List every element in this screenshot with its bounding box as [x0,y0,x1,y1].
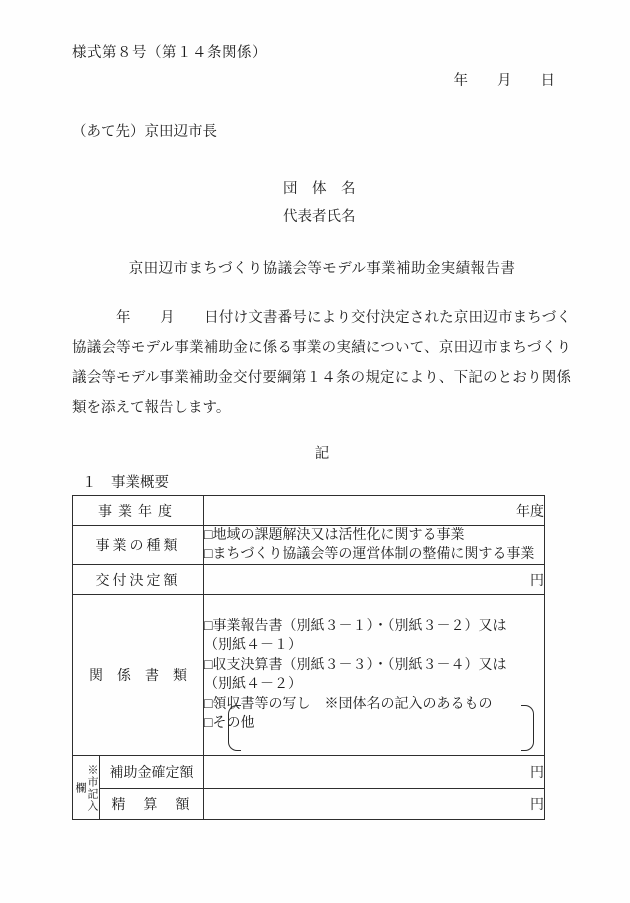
grant-decided-label: 交付決定額 [73,565,204,595]
table-row: 精 算 額 円 [73,789,545,820]
table-row: 交付決定額 円 [73,565,545,595]
settlement-amount-unit: 円 [204,789,545,820]
document-title: 京田辺市まちづくり協議会等モデル事業補助金実績報告書 [72,257,572,278]
section-heading: １ 事業概要 [82,471,169,492]
settlement-amount-label: 精 算 額 [100,789,204,820]
project-type-options: □地域の課題解決又は活性化に関する事業 □まちづくり協議会等の運営体制の整備に関… [204,526,545,565]
checkbox-option-local-issue: □地域の課題解決又は活性化に関する事業 [204,526,544,545]
right-bracket [521,705,534,751]
city-entry-label-sub: 欄 [74,782,86,794]
record-mark: 記 [72,442,572,463]
city-entry-label-main: ※市記入 [86,764,98,812]
representative-name-label: 代表者氏名 [283,205,356,226]
organization-name-label: 団 体 名 [283,177,356,198]
table-row: 事業の種類 □地域の課題解決又は活性化に関する事業 □まちづくり協議会等の運営体… [73,526,545,565]
grant-decided-unit: 円 [204,565,545,595]
confirmed-amount-label: 補助金確定額 [100,756,204,789]
checkbox-doc-report: □事業報告書（別紙３－１）・（別紙３－２）又は [204,617,544,637]
document-page: 様式第８号（第１４条関係） 年 月 日 （あて先）京田辺市長 団 体 名 代表者… [0,0,630,903]
related-documents-list: □事業報告書（別紙３－１）・（別紙３－２）又は （別紙４－１） □収支決算書（別… [204,595,545,756]
related-documents-label: 関 係 書 類 [73,595,204,756]
body-line: 議会等モデル事業補助金交付要綱第１４条の規定により、下記のとおり関係書 [72,363,571,393]
city-entry-column: 欄 ※市記入 [73,756,100,820]
fiscal-year-label: 事業年度 [73,496,204,526]
body-line: 年 月 日付け文書番号により交付決定された京田辺市まちづくり [72,303,571,333]
table-row: 欄 ※市記入 補助金確定額 円 [73,756,545,789]
table-row: 関 係 書 類 □事業報告書（別紙３－１）・（別紙３－２）又は （別紙４－１） … [73,595,545,756]
project-type-label: 事業の種類 [73,526,204,565]
checkbox-option-management: □まちづくり協議会等の運営体制の整備に関する事業 [204,545,544,564]
left-bracket [228,705,241,751]
fiscal-year-value: 年度 [204,496,545,526]
body-line: 協議会等モデル事業補助金に係る事業の実績について、京田辺市まちづくり協 [72,333,571,363]
confirmed-amount-unit: 円 [204,756,545,789]
body-line: 類を添えて報告します。 [72,393,571,423]
form-number: 様式第８号（第１４条関係） [72,41,267,62]
doc-settlement-continuation: （別紙４－２） [204,675,544,695]
doc-report-continuation: （別紙４－１） [204,636,544,656]
date-line: 年 月 日 [454,69,556,90]
table-row: 事業年度 年度 [73,496,545,526]
body-paragraph: 年 月 日付け文書番号により交付決定された京田辺市まちづくり 協議会等モデル事業… [72,303,571,423]
checkbox-doc-settlement: □収支決算書（別紙３－３）・（別紙３－４）又は [204,656,544,676]
other-documents-entry-area [228,705,534,751]
addressee-line: （あて先）京田辺市長 [72,120,217,141]
project-overview-table: 事業年度 年度 事業の種類 □地域の課題解決又は活性化に関する事業 □まちづくり… [72,495,545,820]
